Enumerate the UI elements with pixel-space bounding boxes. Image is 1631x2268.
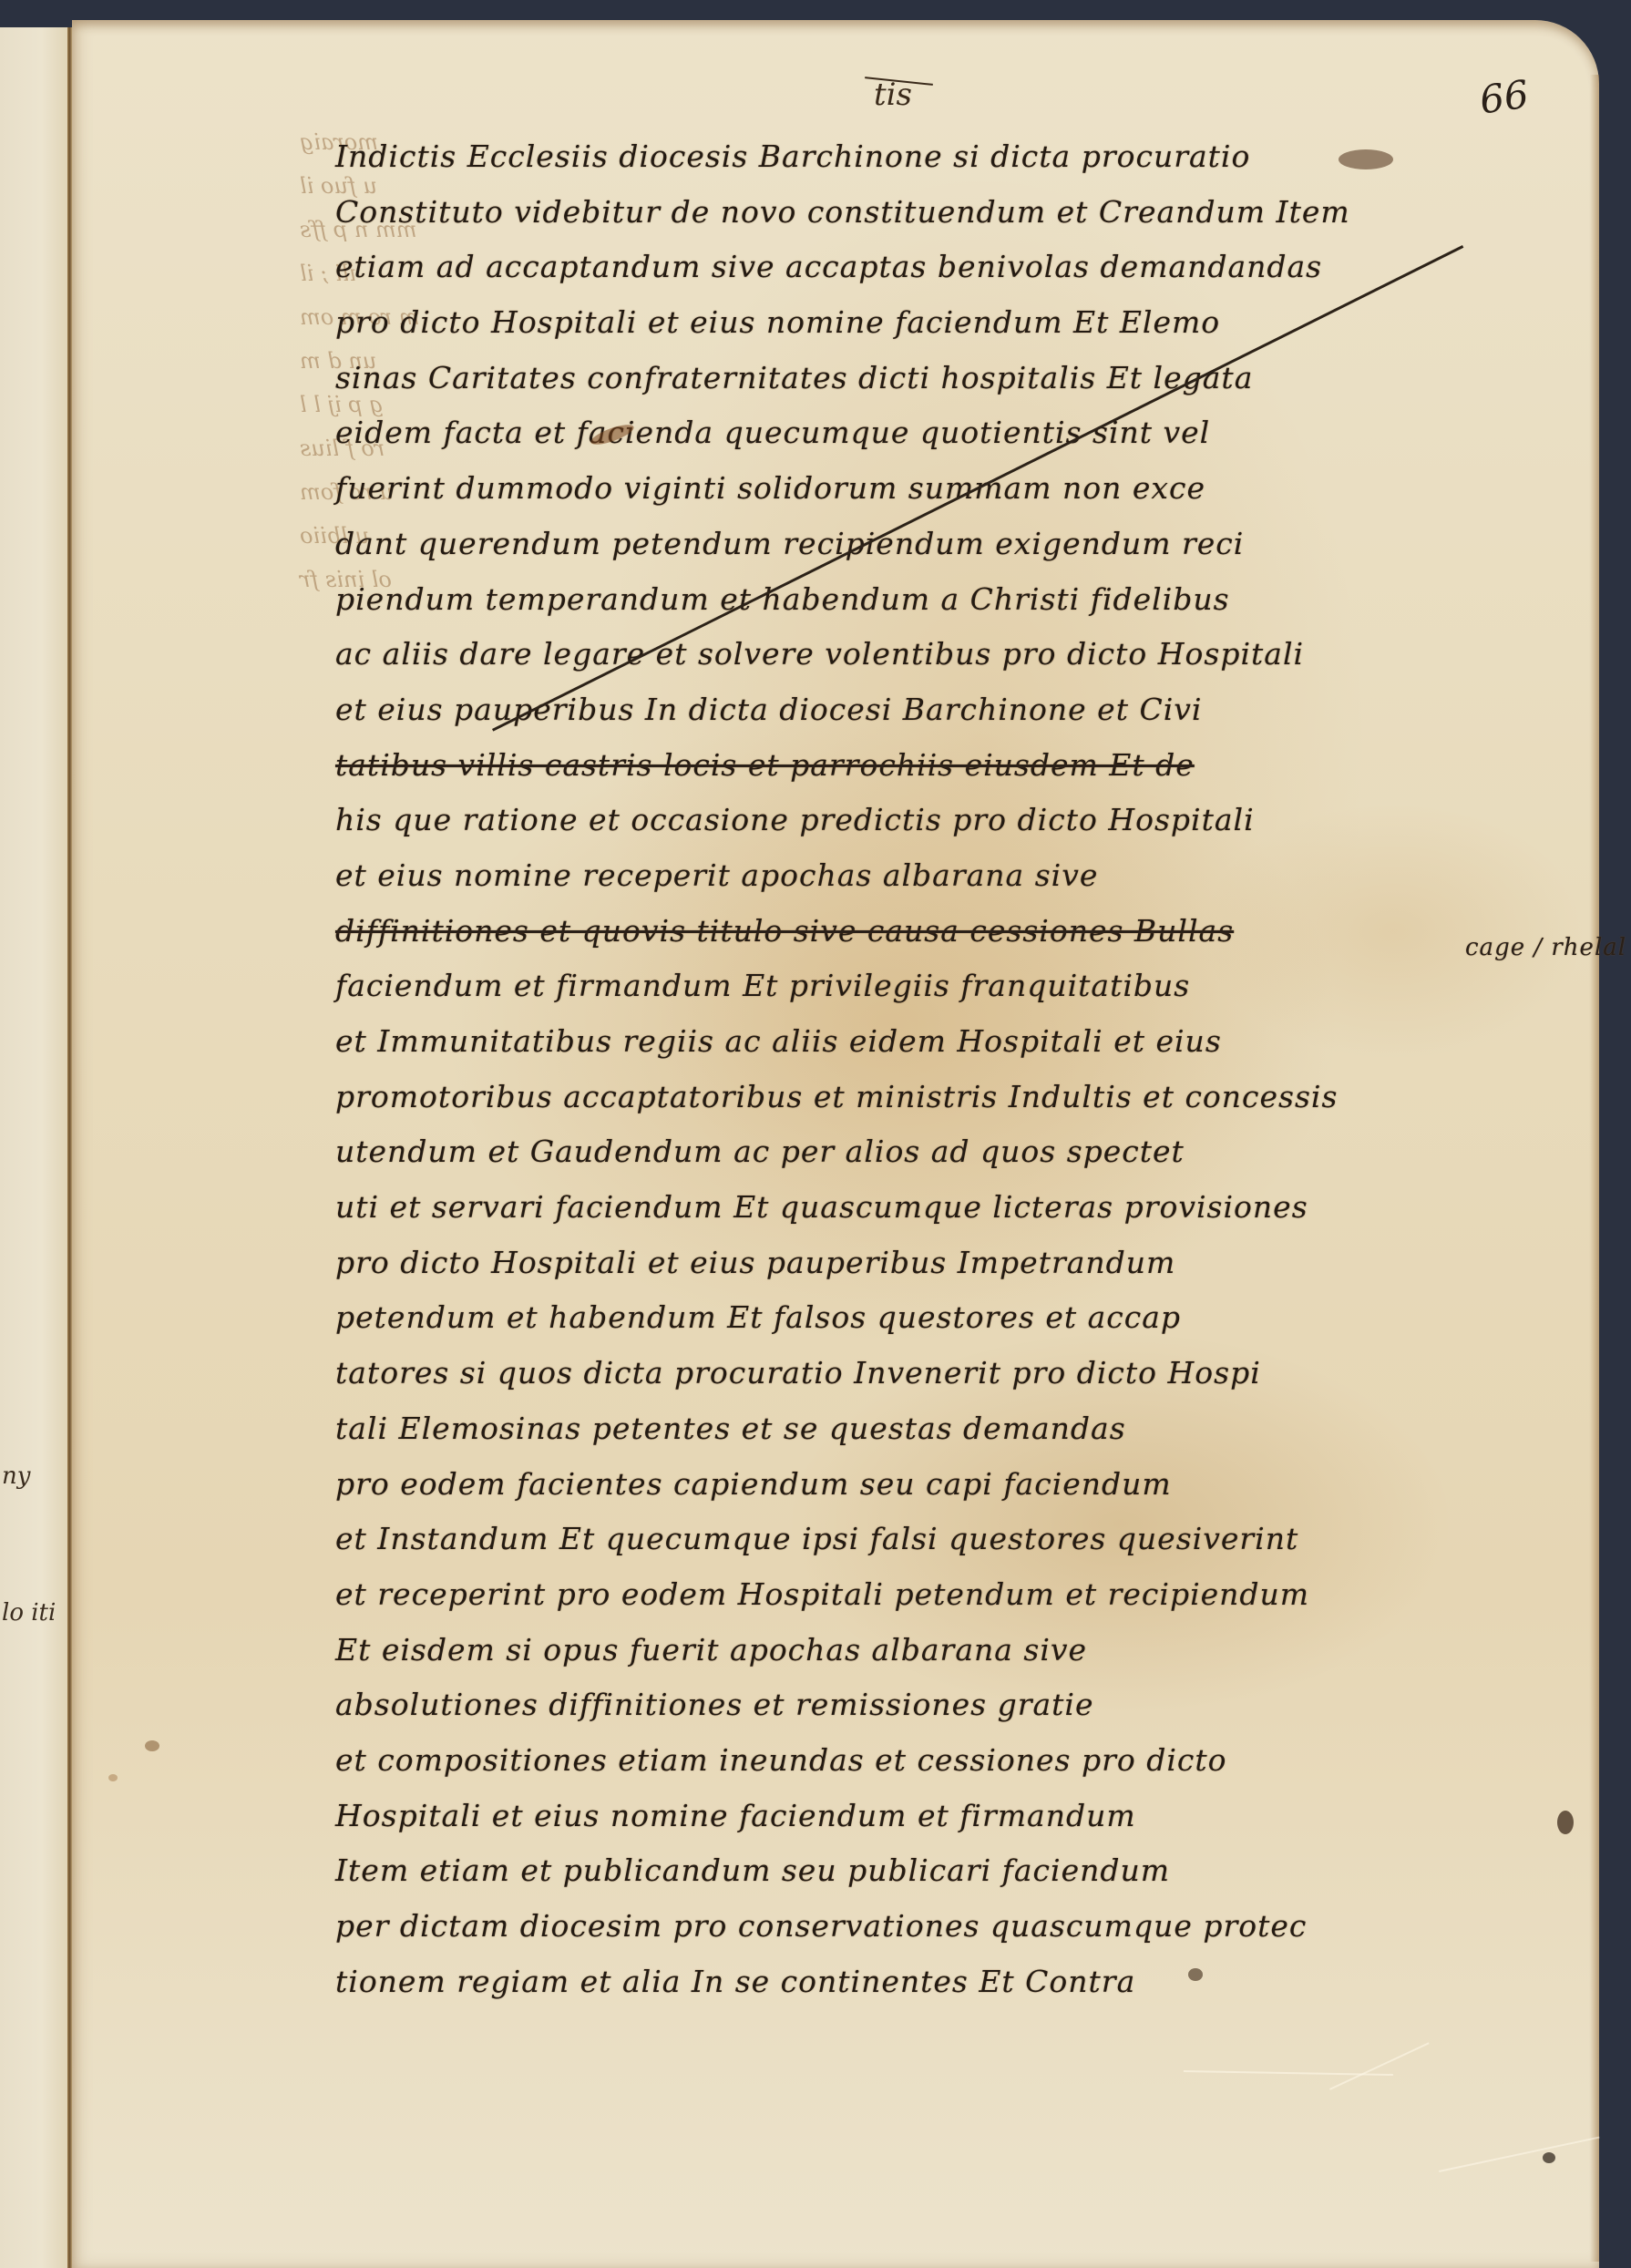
running-head: tis xyxy=(874,77,912,113)
text-line: et eius nomine receperit apochas albaran… xyxy=(335,848,1547,904)
ink-blot xyxy=(1188,1968,1203,1981)
text-line: et eius pauperibus In dicta diocesi Barc… xyxy=(335,682,1547,738)
ink-blot xyxy=(1339,149,1393,169)
text-line: pro dicto Hospitali et eius pauperibus I… xyxy=(335,1236,1547,1291)
text-line: utendum et Gaudendum ac per alios ad quo… xyxy=(335,1124,1547,1180)
text-line: et receperint pro eodem Hospitali petend… xyxy=(335,1567,1547,1623)
paper-crease xyxy=(1184,2070,1393,2076)
left-page-fragment: lo iti xyxy=(2,1599,56,1627)
text-line: his que ratione et occasione predictis p… xyxy=(335,793,1547,848)
text-line: et compositiones etiam ineundas et cessi… xyxy=(335,1733,1547,1789)
main-text-block: Indictis Ecclesiis diocesis Barchinone s… xyxy=(335,129,1547,2009)
text-line: faciendum et firmandum Et privilegiis fr… xyxy=(335,959,1547,1014)
ink-blot xyxy=(1557,1811,1574,1834)
left-page-fragment: ny xyxy=(2,1462,30,1490)
text-line-struck: tatibus villis castris locis et parrochi… xyxy=(335,738,1547,794)
facing-page-left: ny lo iti xyxy=(0,27,69,2268)
text-line: uti et servari faciendum Et quascumque l… xyxy=(335,1180,1547,1236)
text-line: fuerint dummodo viginti solidorum summam… xyxy=(335,461,1547,517)
ink-blot xyxy=(1543,2152,1555,2163)
text-line: per dictam diocesim pro conservationes q… xyxy=(335,1899,1547,1955)
text-line: Hospitali et eius nomine faciendum et fi… xyxy=(335,1789,1547,1844)
text-line: absolutiones diffinitiones et remissione… xyxy=(335,1678,1547,1733)
text-line: tionem regiam et alia In se continentes … xyxy=(335,1955,1547,2010)
paper-crease xyxy=(1329,2042,1430,2090)
text-line-struck: diffinitiones et quovis titulo sive caus… xyxy=(335,904,1547,960)
folio-number: 66 xyxy=(1477,72,1532,123)
text-line: et Instandum Et quecumque ipsi falsi que… xyxy=(335,1512,1547,1567)
text-line: piendum temperandum et habendum a Christ… xyxy=(335,572,1547,628)
text-line: eidem facta et facienda quecumque quotie… xyxy=(335,405,1547,461)
text-line: Constituto videbitur de novo constituend… xyxy=(335,185,1547,241)
text-line: pro dicto Hospitali et eius nomine facie… xyxy=(335,295,1547,351)
foxing-spot xyxy=(108,1774,118,1781)
text-line: pro eodem facientes capiendum seu capi f… xyxy=(335,1457,1547,1513)
text-line: tatores si quos dicta procuratio Invener… xyxy=(335,1346,1547,1401)
text-line: dant querendum petendum recipiendum exig… xyxy=(335,517,1547,572)
text-line: Item etiam et publicandum seu publicari … xyxy=(335,1843,1547,1899)
manuscript-page: moraig u fuo il mm n p ffs ili ; il m ro… xyxy=(72,20,1599,2268)
page-edge xyxy=(1590,75,1599,2262)
text-line: promotoribus accaptatoribus et ministris… xyxy=(335,1070,1547,1125)
text-line: etiam ad accaptandum sive accaptas beniv… xyxy=(335,240,1547,295)
paper-crease xyxy=(1439,2137,1599,2172)
text-line: tali Elemosinas petentes et se questas d… xyxy=(335,1401,1547,1457)
text-line: ac aliis dare legare et solvere volentib… xyxy=(335,627,1547,682)
text-line: petendum et habendum Et falsos questores… xyxy=(335,1290,1547,1346)
text-line: et Immunitatibus regiis ac aliis eidem H… xyxy=(335,1014,1547,1070)
foxing-spot xyxy=(145,1740,159,1751)
text-line: sinas Caritates confraternitates dicti h… xyxy=(335,351,1547,406)
text-line: Et eisdem si opus fuerit apochas albaran… xyxy=(335,1623,1547,1678)
